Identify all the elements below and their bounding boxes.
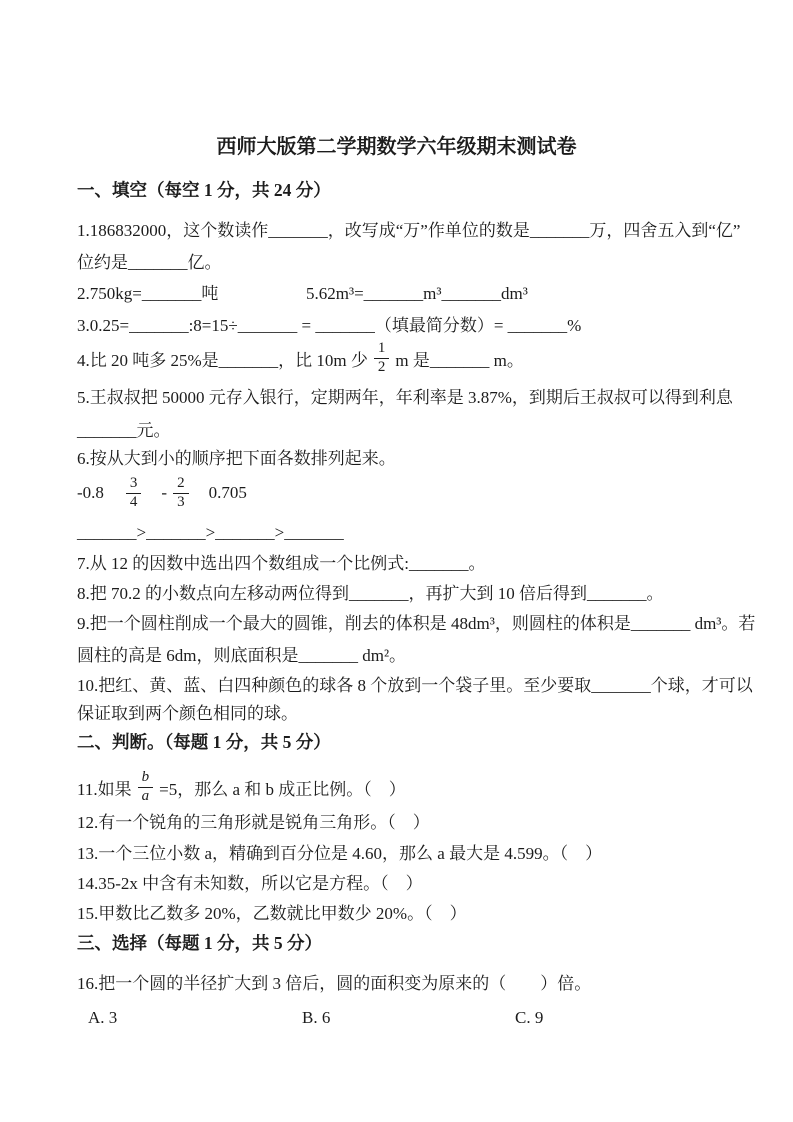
question-11-pre: 11.如果 <box>77 775 132 800</box>
question-1-line-2: 位约是_______亿。 <box>77 247 743 278</box>
question-5-line-1: 5.王叔叔把 50000 元存入银行，定期两年，年利率是 3.87%，到期后王叔… <box>77 382 743 413</box>
question-15: 15.甲数比乙数多 20%，乙数就比甲数少 20%。（ ） <box>77 898 743 929</box>
question-2-part-1: 2.750kg=_______吨 <box>77 284 218 303</box>
question-6-numbers: -0.8 3 4 - 2 3 0.705 <box>77 469 743 517</box>
fraction-numerator: 1 <box>374 340 390 358</box>
number-0-705: 0.705 <box>209 483 247 503</box>
question-1-line-1: 1.186832000，这个数读作_______，改写成“万”作单位的数是___… <box>77 215 743 246</box>
section-fill-heading: 一、填空（每空 1 分，共 24 分） <box>77 175 743 206</box>
question-10-line-2: 保证取到两个颜色相同的球。 <box>77 698 743 729</box>
question-5-line-2: _______元。 <box>77 415 743 446</box>
question-6-compare-blanks: _______>_______>_______>_______ <box>77 517 743 548</box>
question-10-line-1: 10.把红、黄、蓝、白四种颜色的球各 8 个放到一个袋子里。至少要取______… <box>77 670 743 701</box>
fraction-numerator: b <box>138 769 154 787</box>
fraction-two-thirds: 2 3 <box>173 475 189 511</box>
minus-sign: - <box>161 483 167 503</box>
section-choice-heading: 三、选择（每题 1 分，共 5 分） <box>77 928 743 959</box>
question-13: 13.一个三位小数 a，精确到百分位是 4.60，那么 a 最大是 4.599。… <box>77 838 743 869</box>
question-16-options: A. 3 B. 6 C. 9 <box>77 1002 743 1033</box>
fraction-three-fourths: 3 4 <box>126 475 142 511</box>
question-11: 11.如果 b a =5，那么 a 和 b 成正比例。（ ） <box>77 763 743 811</box>
option-b: B. 6 <box>302 1002 330 1033</box>
section-judge-heading: 二、判断。（每题 1 分，共 5 分） <box>77 727 743 758</box>
question-4: 4.比 20 吨多 25%是_______，比 10m 少 1 2 m 是___… <box>77 334 743 382</box>
fraction-numerator: 2 <box>173 475 189 493</box>
option-c: C. 9 <box>515 1002 543 1033</box>
question-2: 2.750kg=_______吨 5.62m³=_______m³_______… <box>77 278 743 309</box>
question-12: 12.有一个锐角的三角形就是锐角三角形。（ ） <box>77 807 743 838</box>
question-4-post: m 是_______ m。 <box>395 346 523 371</box>
document-page: 西师大版第二学期数学六年级期末测试卷 一、填空（每空 1 分，共 24 分） 1… <box>0 0 793 1122</box>
question-2-part-2: 5.62m³=_______m³_______dm³ <box>306 278 528 309</box>
fraction-numerator: 3 <box>126 475 142 493</box>
fraction-denominator: 4 <box>126 494 142 511</box>
question-9-line-1: 9.把一个圆柱削成一个最大的圆锥，削去的体积是 48dm³，则圆柱的体积是___… <box>77 608 743 639</box>
question-7: 7.从 12 的因数中选出四个数组成一个比例式:_______。 <box>77 548 743 579</box>
question-11-post: =5，那么 a 和 b 成正比例。（ ） <box>159 775 406 800</box>
question-4-pre: 4.比 20 吨多 25%是_______，比 10m 少 <box>77 346 368 371</box>
number-negative-0-8: -0.8 <box>77 483 104 503</box>
fraction-denominator: 2 <box>374 359 390 376</box>
question-14: 14.35-2x 中含有未知数，所以它是方程。（ ） <box>77 868 743 899</box>
fraction-one-half: 1 2 <box>374 340 390 376</box>
question-8: 8.把 70.2 的小数点向左移动两位得到_______，再扩大到 10 倍后得… <box>77 578 743 609</box>
exam-title: 西师大版第二学期数学六年级期末测试卷 <box>0 132 793 163</box>
fraction-denominator: 3 <box>173 494 189 511</box>
fraction-denominator: a <box>138 788 154 805</box>
question-9-line-2: 圆柱的高是 6dm，则底面积是_______ dm²。 <box>77 640 743 671</box>
question-16: 16.把一个圆的半径扩大到 3 倍后，圆的面积变为原来的（ ）倍。 <box>77 968 743 999</box>
option-a: A. 3 <box>88 1002 117 1033</box>
fraction-b-over-a: b a <box>138 769 154 805</box>
